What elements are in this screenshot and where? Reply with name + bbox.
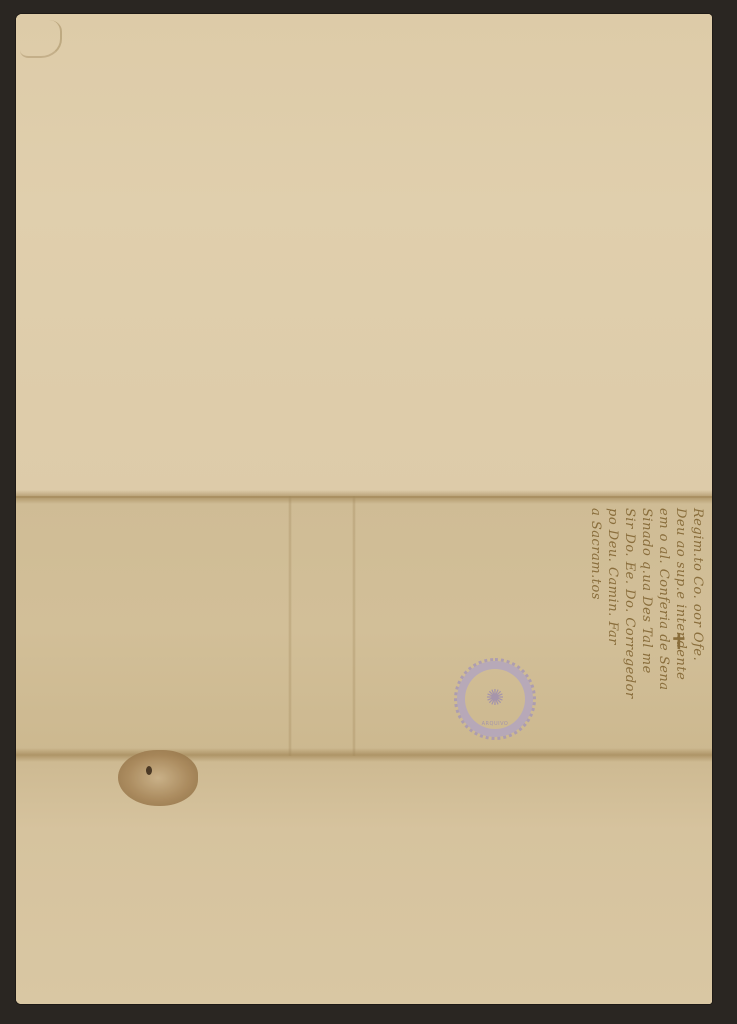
cross-symbol: ✝ (670, 630, 688, 655)
stamp-text: ARQUIVO (457, 721, 533, 727)
stain-hole (146, 766, 152, 775)
manuscript-sheet: Regim.to Co. oor Ofe. Deu ao sup.e inten… (16, 14, 712, 1004)
stamp-emblem-icon: ✺ (486, 688, 504, 710)
handwritten-endorsement: Regim.to Co. oor Ofe. Deu ao sup.e inten… (506, 508, 706, 768)
vertical-fold-left (288, 496, 292, 756)
endorsement-line: po Deu. Camin. Far (604, 508, 621, 758)
archive-stamp: ✺ ARQUIVO (454, 658, 536, 740)
vertical-fold-center (352, 496, 356, 756)
upper-blank-panel (16, 14, 712, 496)
endorsement-line: Sir Do. Ee. Do. Corregedor (621, 508, 638, 758)
endorsement-line: Sinado q.ua Des Tal me (638, 508, 655, 758)
endorsement-line: a Sacram.tos (587, 508, 604, 758)
horizontal-fold-upper (16, 490, 712, 504)
corner-curl (20, 20, 62, 58)
endorsement-text: Regim.to Co. oor Ofe. Deu ao sup.e inten… (587, 508, 706, 758)
endorsement-line: Regim.to Co. oor Ofe. (689, 508, 706, 758)
wax-seal-stain (118, 750, 198, 806)
lower-blank-panel (16, 756, 712, 1004)
